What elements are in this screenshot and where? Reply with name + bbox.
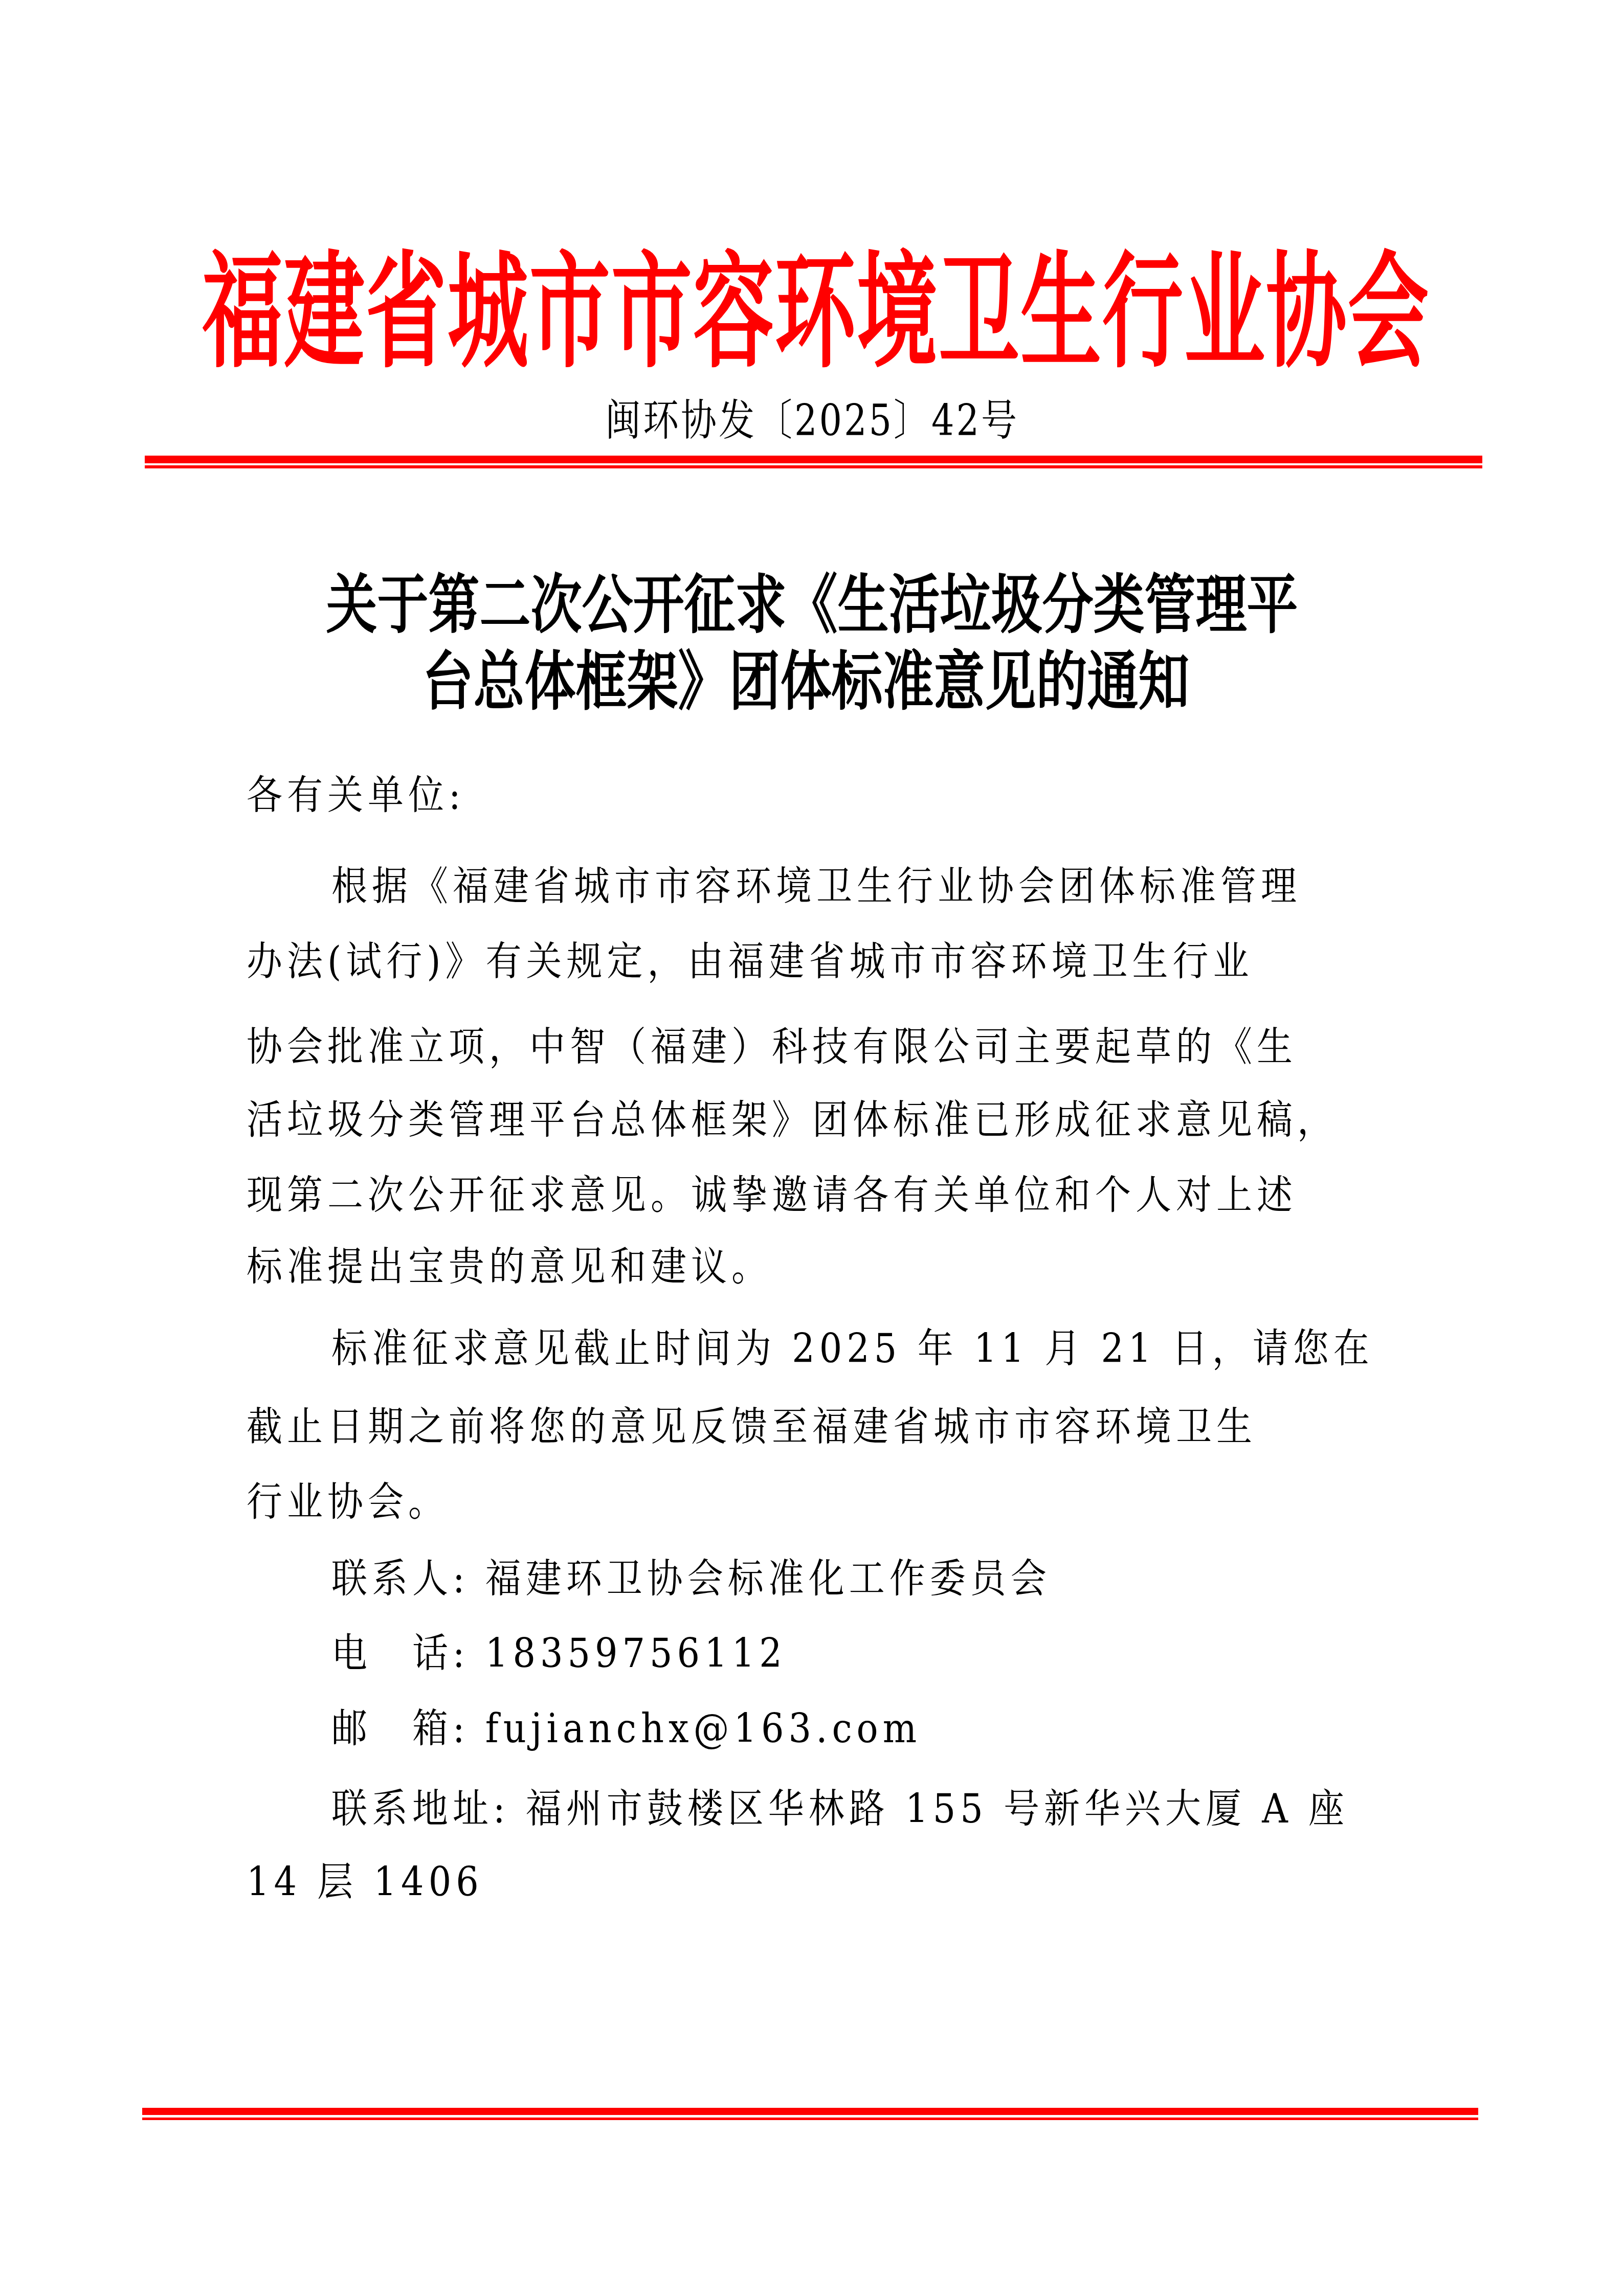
bottom-rule-thick (142, 2108, 1478, 2115)
paragraph-2-line: 标准征求意见截止时间为 2025 年 11 月 21 日，请您在 (331, 1323, 1374, 1374)
paragraph-text: 标准征求意见截止时间为 2025 年 11 月 21 日，请您在 (331, 1320, 1374, 1377)
contact-email: 邮 箱: fujianchx@163.com (331, 1703, 921, 1754)
contact-address-value-2: 14 层 1406 (247, 1853, 483, 1910)
paragraph-text: 活垃圾分类管理平台总体框架》团体标准已形成征求意见稿， (247, 1091, 1338, 1149)
contact-address-continued: 14 层 1406 (247, 1856, 483, 1907)
paragraph-text: 根据《福建省城市市容环境卫生行业协会团体标准管理 (331, 858, 1301, 915)
paragraph-text: 行业协会。 (247, 1473, 449, 1530)
letterhead-organization: 福建省城市市容环境卫生行业协会 (240, 220, 1391, 384)
contact-address-label: 联系地址: (331, 1780, 510, 1837)
top-rule-thick (145, 456, 1482, 463)
contact-address-value: 福州市鼓楼区华林路 155 号新华兴大厦 A 座 (526, 1780, 1349, 1837)
paragraph-2-line: 截止日期之前将您的意见反馈至福建省城市市容环境卫生 (247, 1401, 1257, 1452)
contact-phone-label: 电 话: (331, 1625, 470, 1682)
organization-name: 福建省城市市容环境卫生行业协会 (202, 212, 1430, 392)
paragraph-1-line: 根据《福建省城市市容环境卫生行业协会团体标准管理 (331, 861, 1301, 912)
paragraph-1-line: 现第二次公开征求意见。诚挚邀请各有关单位和个人对上述 (247, 1169, 1297, 1221)
notice-title-text-2: 台总体框架》团体标准意见的通知 (422, 630, 1190, 722)
document-page: 福建省城市市容环境卫生行业协会 闽环协发〔2025〕42号 关于第二次公开征求《… (0, 0, 1624, 2296)
paragraph-text: 截止日期之前将您的意见反馈至福建省城市市容环境卫生 (247, 1398, 1257, 1455)
paragraph-text: 标准提出宝贵的意见和建议。 (247, 1238, 772, 1295)
paragraph-1-line: 标准提出宝贵的意见和建议。 (247, 1241, 772, 1292)
salutation: 各有关单位: (247, 770, 465, 821)
document-number-text: 闽环协发〔2025〕42号 (605, 386, 1019, 448)
paragraph-2-line: 行业协会。 (247, 1476, 449, 1527)
salutation-text: 各有关单位: (247, 767, 465, 824)
contact-address: 联系地址: 福州市鼓楼区华林路 155 号新华兴大厦 A 座 (331, 1783, 1349, 1834)
contact-phone: 电 话: 18359756112 (331, 1628, 787, 1679)
paragraph-text: 办法(试行)》有关规定，由福建省城市市容环境卫生行业 (247, 933, 1254, 990)
paragraph-1-line: 办法(试行)》有关规定，由福建省城市市容环境卫生行业 (247, 936, 1254, 987)
bottom-rule-thin (142, 2118, 1478, 2120)
paragraph-text: 现第二次公开征求意见。诚挚邀请各有关单位和个人对上述 (247, 1166, 1297, 1224)
notice-title-line-2: 台总体框架》团体标准意见的通知 (0, 639, 1618, 713)
contact-email-label: 邮 箱: (331, 1700, 470, 1757)
contact-person-value: 福建环卫协会标准化工作委员会 (485, 1550, 1051, 1607)
notice-title-line-1: 关于第二次公开征求《生活垃圾分类管理平 (0, 562, 1624, 636)
contact-email-value[interactable]: fujianchx@163.com (485, 1700, 921, 1757)
document-number: 闽环协发〔2025〕42号 (0, 391, 1624, 442)
paragraph-text: 协会批准立项，中智（福建）科技有限公司主要起草的《生 (247, 1018, 1297, 1075)
contact-phone-value: 18359756112 (485, 1625, 787, 1682)
paragraph-1-line: 协会批准立项，中智（福建）科技有限公司主要起草的《生 (247, 1021, 1297, 1072)
paragraph-1-line: 活垃圾分类管理平台总体框架》团体标准已形成征求意见稿， (247, 1094, 1338, 1145)
contact-person-label: 联系人: (331, 1550, 470, 1607)
contact-person: 联系人: 福建环卫协会标准化工作委员会 (331, 1553, 1051, 1604)
top-rule-thin (145, 465, 1482, 468)
